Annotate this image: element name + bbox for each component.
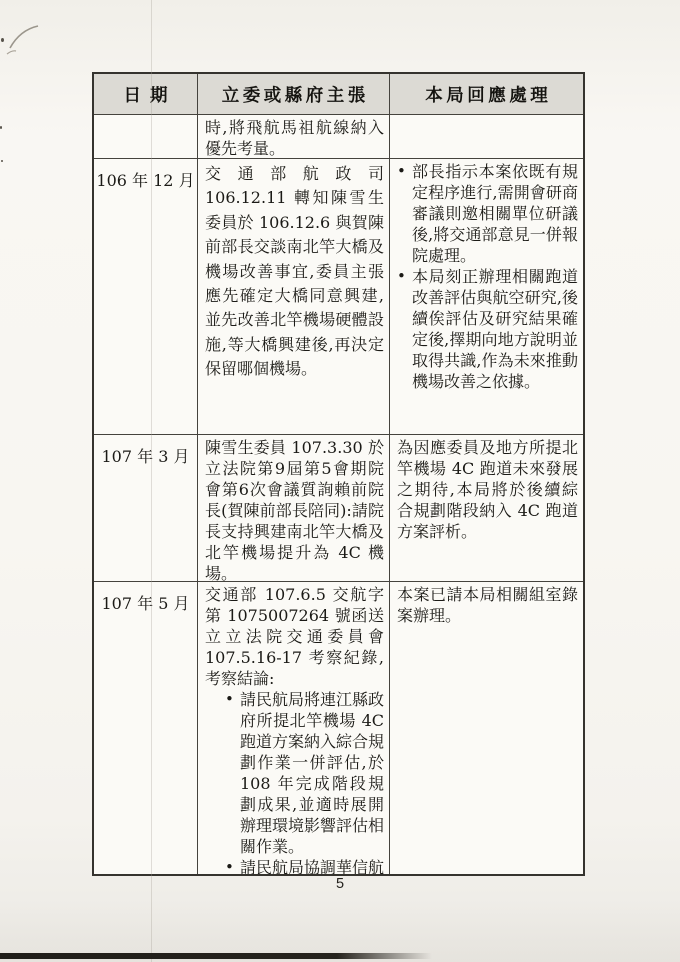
list-item: • 請民航局協調華信航 [225, 857, 384, 874]
bullet-icon: • [397, 161, 412, 182]
response-cell: 為因應委員及地方所提北竿機場 4C 跑道未來發展之期待,本局將於後續綜合規劃階段… [390, 435, 583, 582]
response-cell [390, 115, 583, 159]
claim-cell: 交通部航政司 106.12.11 轉知陳雪生委員於 106.12.6 與賀陳前部… [198, 159, 390, 435]
bullet-text: 本局刻正辦理相關跑道改善評估與航空研究,後續俟評估及研究結果確定後,擇期向地方說… [412, 266, 578, 392]
header-date: 日期 [94, 74, 198, 115]
bullet-text: 部長指示本案依既有規定程序進行,需開會研商審議則邀相關單位研議後,將交通部意見一… [412, 161, 578, 266]
bullet-icon: • [397, 266, 412, 287]
scan-speck [1, 38, 4, 42]
date-cell: 107 年 3 月 [94, 435, 198, 582]
table-row: 106 年 12 月 交通部航政司 106.12.11 轉知陳雪生委員於 106… [94, 159, 583, 435]
list-item: • 本局刻正辦理相關跑道改善評估與航空研究,後續俟評估及研究結果確定後,擇期向地… [397, 266, 578, 392]
scan-edge-artifact [0, 953, 432, 959]
bullet-icon: • [225, 689, 240, 710]
date-cell: 106 年 12 月 [94, 159, 198, 435]
response-paragraph: 為因應委員及地方所提北竿機場 4C 跑道未來發展之期待,本局將於後續綜合規劃階段… [397, 437, 578, 542]
header-response: 本局回應處理 [390, 74, 583, 115]
table-row: 時,將飛航馬祖航線納入優先考量。 [94, 115, 583, 159]
date-cell: 107 年 5 月 [94, 582, 198, 874]
page-number: 5 [0, 876, 680, 892]
claim-paragraph: 陳雪生委員 107.3.30 於立法院第9屆第5會期院會第6次會議質詢賴前院長(… [205, 437, 384, 582]
list-item: • 部長指示本案依既有規定程序進行,需開會研商審議則邀相關單位研議後,將交通部意… [397, 161, 578, 266]
claim-paragraph: 時,將飛航馬祖航線納入優先考量。 [205, 117, 384, 159]
response-cell: 本案已請本局相關組室錄案辦理。 [390, 582, 583, 874]
header-claim: 立委或縣府主張 [198, 74, 390, 115]
bullet-icon: • [225, 857, 240, 874]
bullet-text: 請民航局將連江縣政府所提北竿機場 4C 跑道方案納入綜合規劃作業一併評估,於 1… [240, 689, 384, 857]
list-item: • 請民航局將連江縣政府所提北竿機場 4C 跑道方案納入綜合規劃作業一併評估,於… [225, 689, 384, 857]
scratch-mark [4, 14, 64, 64]
claim-paragraph: 交通部航政司 106.12.11 轉知陳雪生委員於 106.12.6 與賀陳前部… [205, 162, 384, 382]
claim-bullet-list: • 請民航局將連江縣政府所提北竿機場 4C 跑道方案納入綜合規劃作業一併評估,於… [205, 689, 384, 874]
response-paragraph: 本案已請本局相關組室錄案辦理。 [397, 584, 578, 626]
scanned-document-page: 日期 立委或縣府主張 本局回應處理 時,將飛航馬祖航線納入優先考量。 106 年… [0, 0, 680, 962]
scan-streak-line [151, 0, 152, 962]
date-cell [94, 115, 198, 159]
legislator-response-table: 日期 立委或縣府主張 本局回應處理 時,將飛航馬祖航線納入優先考量。 106 年… [92, 72, 585, 876]
response-bullet-list: • 部長指示本案依既有規定程序進行,需開會研商審議則邀相關單位研議後,將交通部意… [397, 161, 578, 392]
table-row: 107 年 5 月 交通部 107.6.5 交航字第 1075007264 號函… [94, 582, 583, 874]
claim-cell: 時,將飛航馬祖航線納入優先考量。 [198, 115, 390, 159]
claim-cell: 陳雪生委員 107.3.30 於立法院第9屆第5會期院會第6次會議質詢賴前院長(… [198, 435, 390, 582]
claim-paragraph: 交通部 107.6.5 交航字第 1075007264 號函送立立法院交通委員會… [205, 584, 384, 689]
bullet-text: 請民航局協調華信航 [240, 857, 384, 874]
claim-cell: 交通部 107.6.5 交航字第 1075007264 號函送立立法院交通委員會… [198, 582, 390, 874]
scan-speck [0, 126, 2, 129]
table-row: 107 年 3 月 陳雪生委員 107.3.30 於立法院第9屆第5會期院會第6… [94, 435, 583, 582]
response-cell: • 部長指示本案依既有規定程序進行,需開會研商審議則邀相關單位研議後,將交通部意… [390, 159, 583, 435]
scan-speck [1, 160, 3, 162]
table-header-row: 日期 立委或縣府主張 本局回應處理 [94, 74, 583, 115]
